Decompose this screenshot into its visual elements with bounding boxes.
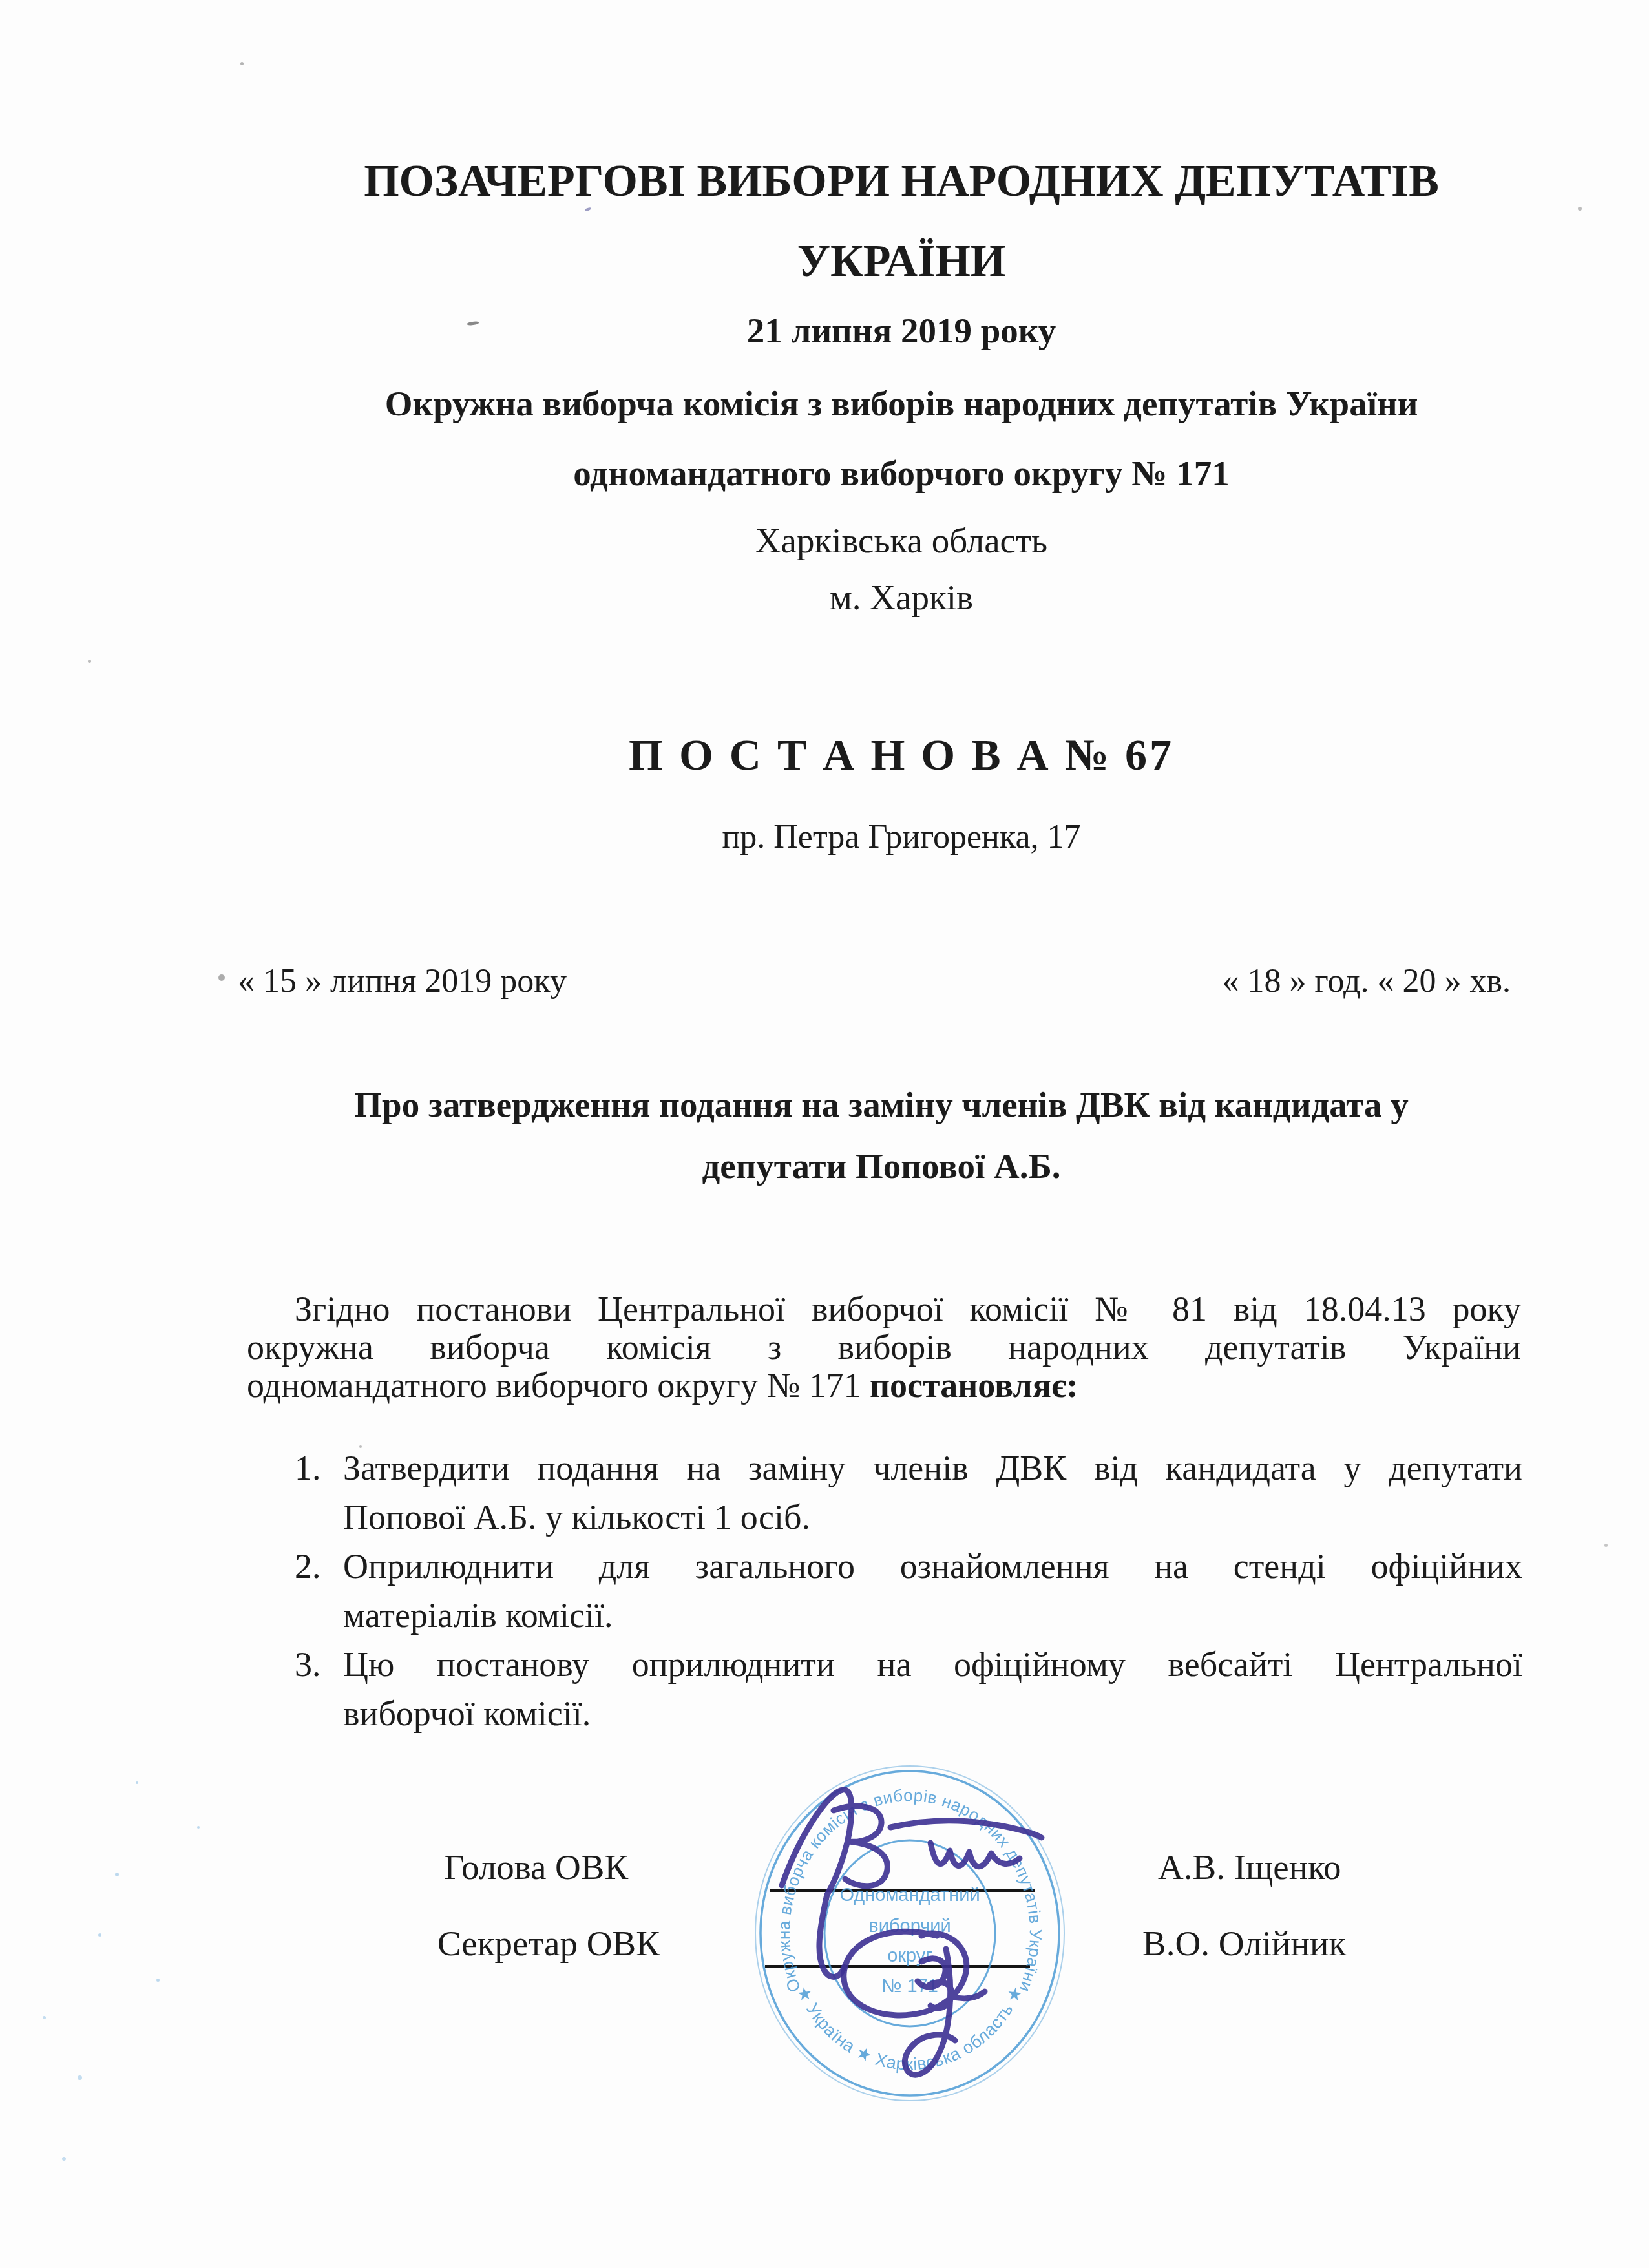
noise-speck (78, 2075, 82, 2080)
noise-speck (88, 660, 91, 663)
secretary-name: В.О. Олійник (1142, 1926, 1346, 1961)
list-item-text: Оприлюднити для загального ознайомлення … (343, 1542, 1522, 1640)
secretary-role: Секретар ОВК (437, 1926, 660, 1961)
noise-speck (1578, 207, 1582, 211)
list-item-number: 2. (295, 1542, 343, 1640)
date-time-row: « 15 » липня 2019 року « 18 » год. « 20 … (238, 965, 1511, 998)
noise-speck (98, 1933, 101, 1937)
resolution-date: « 15 » липня 2019 року (238, 965, 567, 998)
list-item-1: 1. Затвердити подання на заміну членів Д… (295, 1444, 1522, 1542)
noise-speck (359, 1445, 362, 1448)
noise-speck (115, 1873, 119, 1876)
list-item-1-line2: Попової А.Б. у кількості 1 осіб. (343, 1493, 1522, 1542)
subject-line1: Про затвердження подання на заміну члені… (244, 1087, 1518, 1122)
noise-speck (585, 207, 592, 211)
body-line2: окружна виборча комісія з виборів народн… (247, 1328, 1521, 1367)
resolution-address: пр. Петра Григоренка, 17 (258, 821, 1544, 854)
list-item-3: 3. Цю постанову оприлюднити на офіційном… (295, 1640, 1522, 1738)
body-line3: одномандатного виборчого округу № 171 по… (247, 1367, 1521, 1405)
document-title-line2: УКРАЇНИ (258, 239, 1544, 284)
resolution-time: « 18 » год. « 20 » хв. (1222, 965, 1511, 998)
noise-speck (197, 1826, 200, 1829)
noise-speck (43, 2016, 46, 2019)
list-item-text: Цю постанову оприлюднити на офіційному в… (343, 1640, 1522, 1738)
election-date: 21 липня 2019 року (258, 313, 1544, 348)
chairman-name: А.В. Іщенко (1158, 1849, 1341, 1885)
body-paragraph: Згідно постанови Центральної виборчої ко… (247, 1290, 1521, 1405)
chairman-role: Голова ОВК (444, 1849, 628, 1885)
list-item-3-line1: Цю постанову оприлюднити на офіційному в… (343, 1640, 1522, 1689)
list-item-2-line1: Оприлюднити для загального ознайомлення … (343, 1542, 1522, 1591)
noise-speck (218, 974, 225, 981)
stamp-center-line3: округ (887, 1946, 932, 1966)
list-item-number: 3. (295, 1640, 343, 1738)
scanned-document-page: ПОЗАЧЕРГОВІ ВИБОРИ НАРОДНИХ ДЕПУТАТІВ УК… (0, 0, 1649, 2268)
city-line: м. Харків (258, 580, 1544, 615)
noise-speck (156, 1979, 160, 1982)
stamp-and-signatures: Окружна виборча комісія з виборів народн… (729, 1748, 1104, 2130)
noise-speck (1604, 1544, 1608, 1547)
list-item-1-line1: Затвердити подання на заміну членів ДВК … (343, 1444, 1522, 1493)
resolution-title: П О С Т А Н О В А № 67 (258, 733, 1544, 777)
body-line3-bold: постановляє: (870, 1366, 1078, 1405)
list-item-text: Затвердити подання на заміну членів ДВК … (343, 1444, 1522, 1542)
resolution-list: 1. Затвердити подання на заміну членів Д… (295, 1444, 1522, 1738)
document-title-line1: ПОЗАЧЕРГОВІ ВИБОРИ НАРОДНИХ ДЕПУТАТІВ (258, 159, 1544, 204)
list-item-2-line2: матеріалів комісії. (343, 1591, 1522, 1640)
list-item-2: 2. Оприлюднити для загального ознайомлен… (295, 1542, 1522, 1640)
commission-name-line2: одномандатного виборчого округу № 171 (258, 456, 1544, 491)
noise-speck (240, 62, 244, 65)
body-line1: Згідно постанови Центральної виборчої ко… (247, 1290, 1521, 1328)
noise-speck (62, 2157, 66, 2161)
subject-line2: депутати Попової А.Б. (244, 1148, 1518, 1184)
list-item-number: 1. (295, 1444, 343, 1542)
commission-name-line1: Окружна виборча комісія з виборів народн… (258, 386, 1544, 421)
list-item-3-line2: виборчої комісії. (343, 1689, 1522, 1738)
body-line3-regular: одномандатного виборчого округу № 171 (247, 1366, 870, 1405)
region-line: Харківська область (258, 523, 1544, 558)
noise-speck (136, 1781, 138, 1784)
